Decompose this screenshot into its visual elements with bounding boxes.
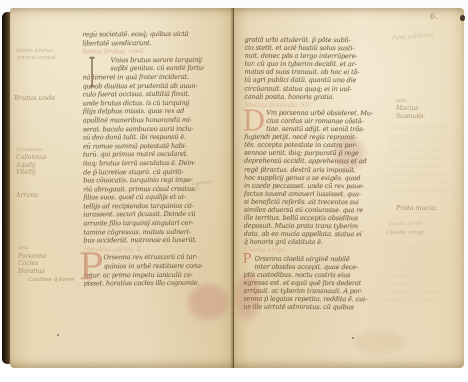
chapter-lines: Vnius brutus sorore tarquinijsup̃bi geni…: [82, 55, 229, 245]
text-line: circūarauit. statua quoq; ei in uul-: [244, 84, 396, 93]
chapter-lines: Orsenna cloeliā uirginē nobilēinter obsi…: [243, 254, 395, 311]
text-line: hoc supplicij genus a se exigēs. quod: [244, 173, 396, 182]
text-line: Orsenna cloeliā uirginē nobilē: [255, 254, 396, 263]
margin-note-mucius: notaMuciusScaeuola.: [396, 98, 425, 120]
margin-note-line: Horatius: [18, 268, 46, 276]
text-line: tū agri publici datū. quantū uno die: [244, 76, 396, 85]
margin-note-arruns: Arruns: [16, 192, 38, 199]
text-line: inter obsides accepit. quae dece-: [255, 262, 396, 271]
margin-note-pons-sublicius: Pons sublicius: [392, 32, 434, 42]
margin-note-line: Vitellij: [16, 169, 47, 176]
previous-chapter-end: regū societatē. eosq́; quibus uictāliber…: [82, 30, 228, 48]
margin-note-line: nota: [396, 98, 425, 105]
margin-note-coclites: Coclites q̃ fuere: [28, 277, 75, 283]
left-page: Iunius brutus primus consul Brutus unde …: [10, 8, 234, 368]
initial-letter-p-small: P: [243, 252, 252, 265]
text-line: regē p̃tractus. dextrā aris imposuit.: [244, 165, 396, 174]
chapter-lines: Vm porsenna urbē obsideret. Mu-cius cord…: [244, 109, 397, 247]
initial-letter-p: P: [78, 249, 103, 286]
pink-stain: [188, 284, 228, 320]
pink-stain: [236, 274, 260, 320]
margin-note-cloelia-faint: cloelia uirgo: [388, 220, 422, 228]
margin-note-name-list: TricipitinusCollatinusAquilijVitellij: [16, 147, 47, 176]
folio-number: 6.: [430, 12, 438, 21]
margin-note-line: Tricipitinus: [16, 147, 47, 154]
faint-stain: [354, 330, 404, 354]
initial-letter-d: D: [242, 107, 265, 136]
chapter-mucius-scaevola: D Vm porsenna urbē obsideret. Mu-cius co…: [244, 109, 397, 247]
margin-note-cloelia: Cloelia uirgo.: [386, 230, 426, 236]
left-text-column: regū societatē. eosq́; quibus uictāliber…: [82, 30, 229, 289]
chapter-iunius-brutus: I Vnius brutus sorore tarquinijsup̃bi ge…: [82, 55, 229, 245]
chapter-lines: Orsenna rex etruscorū cū tar-quinios in …: [83, 253, 229, 288]
margin-note-prata-mucia: Prata mucia,: [396, 204, 437, 212]
chapter-horatius-cocles: P Orsenna rex etruscorū cū tar-quinios i…: [83, 253, 229, 288]
pink-stain: [334, 136, 364, 170]
margin-note-brutus-unde: Brutus unde: [14, 94, 55, 102]
paper-speck: [352, 337, 354, 339]
margin-note-line: nota: [18, 245, 46, 253]
margin-note-top-2: primus consul: [17, 55, 56, 61]
margin-note-line: Collatinus: [16, 154, 47, 161]
text-line: deprehensū occidit. apprehensus et ad: [244, 157, 396, 166]
manuscript-photo: Iunius brutus primus consul Brutus unde …: [0, 0, 468, 382]
margin-note-line: Aquilij: [16, 162, 47, 169]
margin-note-line: Cocles: [18, 260, 46, 268]
cocles-chapter-end: gratiā urbi attulerūt. p̃ pōte subli-cio…: [244, 36, 396, 101]
right-page: 6. gratiā urbi attulerūt. p̃ pōte subli-…: [234, 8, 464, 368]
margin-note-line: Mucius: [396, 105, 425, 112]
initial-letter-i: I: [88, 52, 95, 94]
text-line: us ille uirtutē admiratus. cū quibus: [243, 303, 395, 312]
margin-note-line: Scaeuola.: [396, 113, 425, 120]
ink-fleck: [460, 15, 465, 21]
margin-note-porsenna-group: notaPorsennaCoclesHoratius: [18, 245, 46, 275]
right-text-column: gratiā urbi attulerūt. p̃ pōte subli-cio…: [243, 36, 396, 312]
chapter-cloelia: P Orsenna cloeliā uirginē nobilēinter ob…: [243, 254, 395, 311]
paper-speck: [57, 334, 59, 336]
margin-note-top-1: Iunius brutus: [16, 48, 53, 54]
margin-note-line: Porsenna: [18, 253, 46, 261]
